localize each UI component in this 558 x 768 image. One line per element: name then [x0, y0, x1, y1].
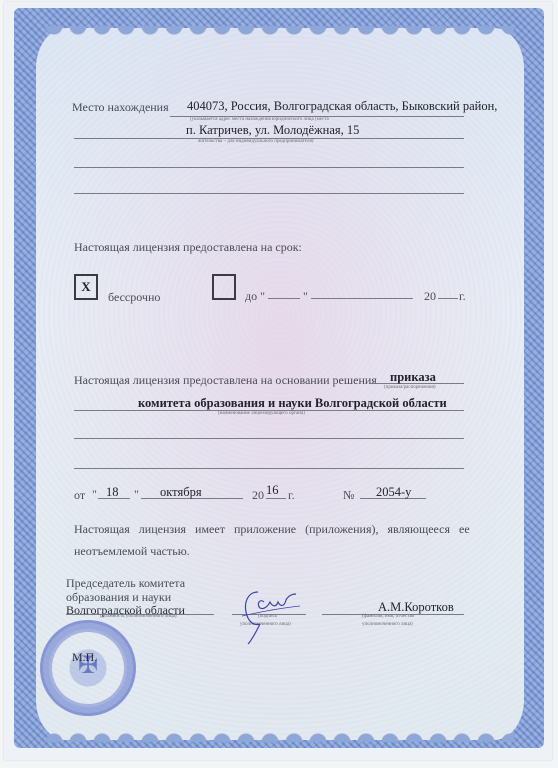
number-sign: № — [343, 488, 354, 503]
stamp-label: М.П. — [72, 650, 97, 665]
location-label: Место нахождения — [72, 100, 169, 115]
blank-line-3 — [74, 438, 464, 439]
blank-line-2 — [74, 193, 464, 194]
date-prefix: от — [74, 488, 85, 503]
date-month: октября — [160, 485, 202, 500]
appendix-line-2: неотъемлемой частью. — [74, 544, 190, 559]
official-seal: ✠ — [40, 620, 136, 716]
signer-name-caption-2: уполномоченного лица) — [362, 622, 413, 627]
blank-line-1 — [74, 167, 464, 168]
location-caption-2: жительства – для индивидуального предпри… — [198, 139, 313, 144]
until-year-line — [438, 298, 458, 299]
appendix-line-1: Настоящая лицензия имеет приложение (при… — [74, 522, 470, 537]
checkbox-indefinite[interactable]: X — [74, 274, 98, 300]
until-day-line — [268, 298, 300, 299]
signer-name-caption-1: (фамилия, имя, отчество — [362, 614, 414, 619]
basis-value: приказа — [390, 370, 436, 385]
date-open-quote: " — [92, 487, 97, 502]
number-value: 2054-у — [376, 485, 411, 500]
checkbox-mark: X — [81, 279, 90, 295]
until-close-quote: " — [303, 289, 308, 304]
until-year-suffix: г. — [459, 289, 466, 304]
term-label: Настоящая лицензия предоставлена на срок… — [74, 240, 302, 255]
date-close-quote: " — [134, 487, 139, 502]
authority-caption: (наименование лицензирующего органа) — [218, 411, 305, 416]
date-year-suffix: 16 — [266, 483, 279, 498]
until-month-line — [311, 298, 413, 299]
blank-line-4 — [74, 468, 464, 469]
signature-icon — [230, 586, 320, 646]
signer-title-caption: (должность уполномоченного лица) — [100, 614, 177, 619]
location-caption-1: (указывается адрес места нахождения юрид… — [190, 117, 329, 122]
authority-value: комитета образования и науки Волгоградск… — [138, 396, 447, 411]
location-value-line1: 404073, Россия, Волгоградская область, Б… — [187, 99, 497, 114]
top-border-scallop — [44, 26, 514, 38]
signer-title-line-1: Председатель комитета — [66, 576, 185, 591]
basis-caption: (приказа/распоряжения) — [384, 385, 436, 390]
bottom-border-scallop — [44, 730, 514, 742]
signer-name: А.М.Коротков — [378, 600, 454, 615]
date-day: 18 — [106, 485, 119, 500]
date-year-prefix: 20 — [252, 488, 264, 503]
checkbox-until-date[interactable] — [212, 274, 236, 300]
term-indefinite-label: бессрочно — [108, 290, 160, 305]
term-until-label: до " — [245, 289, 265, 304]
date-g: г. — [288, 488, 295, 503]
location-value-line2: п. Катричев, ул. Молодёжная, 15 — [186, 123, 359, 138]
date-year-line — [266, 498, 286, 499]
basis-label: Настоящая лицензия предоставлена на осно… — [74, 373, 377, 388]
until-year-prefix: 20 — [424, 289, 436, 304]
